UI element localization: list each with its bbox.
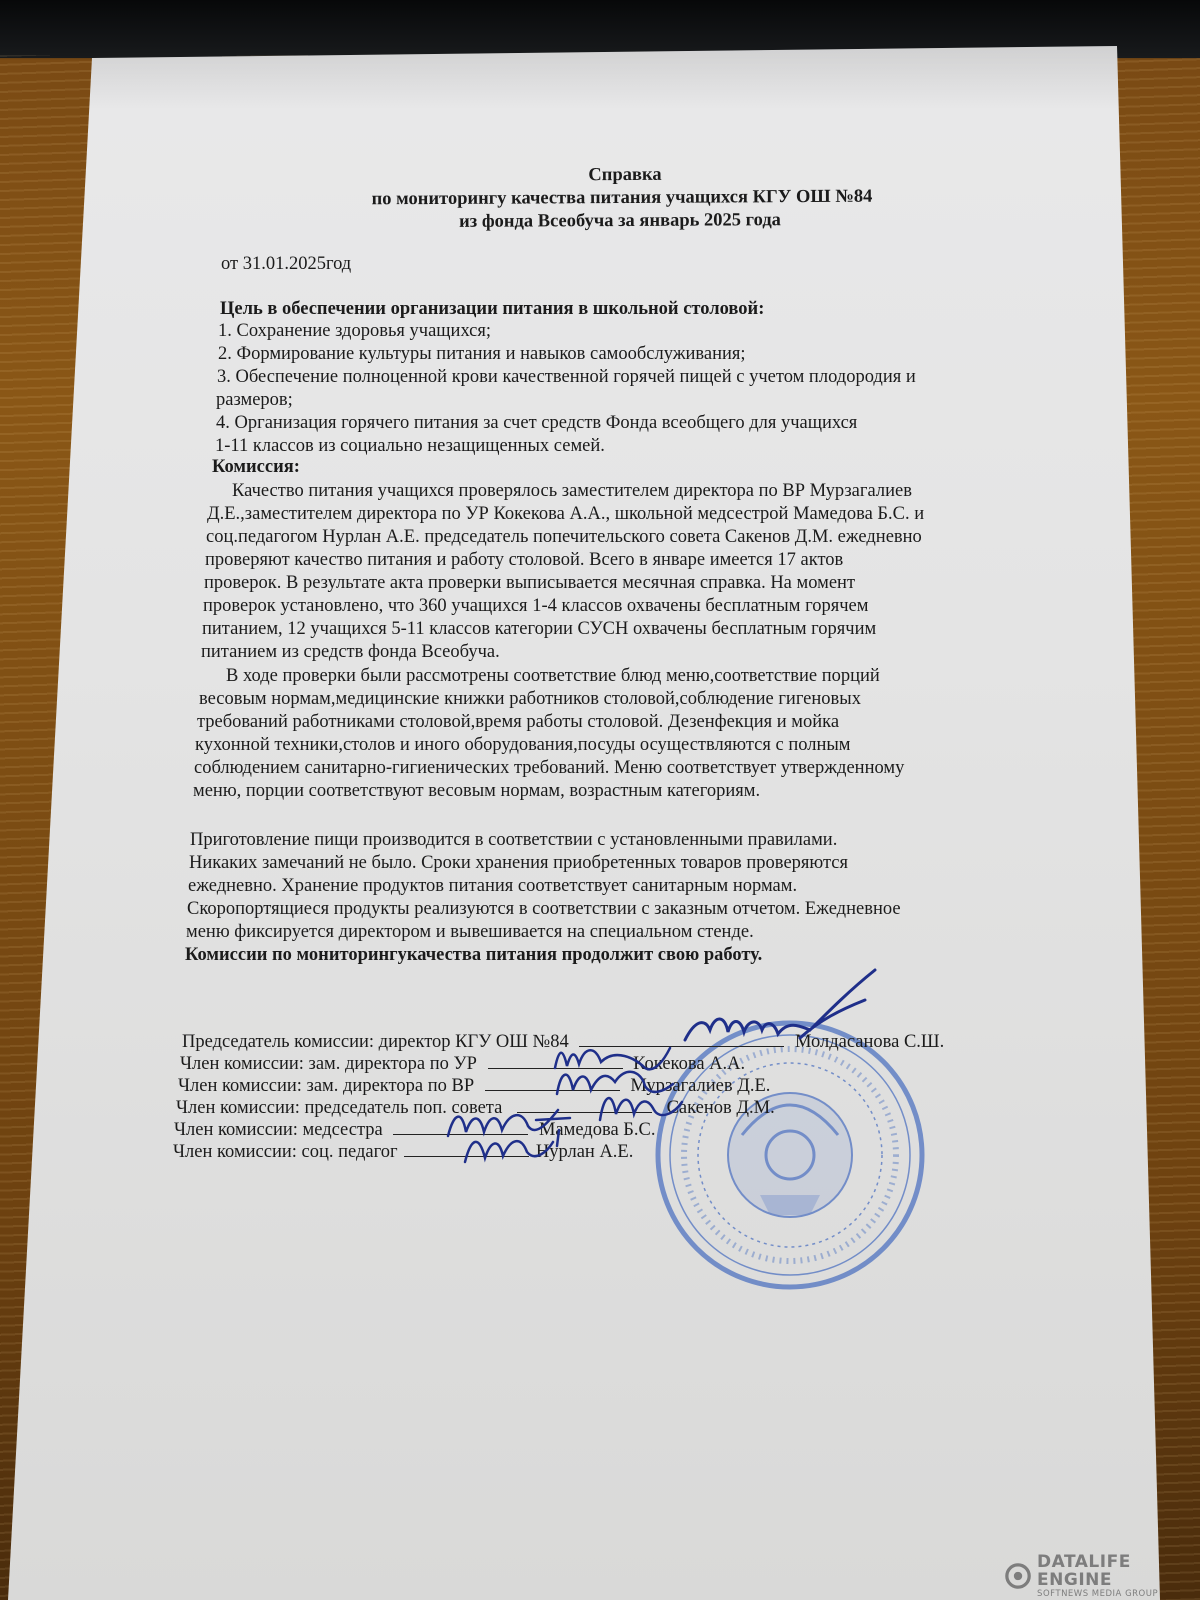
signature-role: Член комиссии: медсестра — [174, 1120, 383, 1140]
goal-item: 4. Организация горячего питания за счет … — [216, 412, 857, 434]
paragraph3-line: Скоропортящиеся продукты реализуются в с… — [187, 898, 901, 920]
paragraph3-line: ежедневно. Хранение продуктов питания со… — [188, 875, 797, 897]
goal-item: 3. Обеспечение полноценной крови качеств… — [217, 366, 916, 388]
signature-role: Член комиссии: зам. директора по УР — [180, 1054, 477, 1074]
goal-heading: Цель в обеспечении организации питания в… — [220, 298, 764, 320]
paragraph3-line: Приготовление пищи производится в соотве… — [190, 829, 837, 851]
signature-role: Член комиссии: зам. директора по ВР — [178, 1076, 474, 1096]
goal-item: размеров; — [216, 389, 293, 411]
paragraph1-line: Д.Е.,заместителем директора по УР Кокеко… — [207, 503, 924, 525]
watermark-subtitle: SOFTNEWS MEDIA GROUP — [1037, 1589, 1200, 1599]
paragraph1-line: проверяют качество питания и работу стол… — [205, 549, 843, 571]
paragraph2-line: кухонной техники,столов и иного оборудов… — [195, 734, 851, 756]
watermark: DATALIFE ENGINE SOFTNEWS MEDIA GROUP — [1005, 1553, 1200, 1599]
goal-item: 2. Формирование культуры питания и навык… — [218, 343, 746, 365]
signature-role: Председатель комиссии: директор КГУ ОШ №… — [182, 1032, 569, 1052]
document: Справка по мониторингу качества питания … — [0, 0, 1200, 1600]
paragraph2-line: В ходе проверки были рассмотрены соответ… — [226, 665, 880, 687]
document-title: Справка — [245, 162, 1005, 188]
paragraph2-line: требований работниками столовой,время ра… — [197, 711, 839, 733]
paragraph1-line: питанием, 12 учащихся 5-11 классов катег… — [202, 618, 876, 640]
document-subtitle-line1: по мониторингу качества питания учащихся… — [242, 185, 1002, 211]
paragraph1-line: соц.педагогом Нурлан А.Е. председатель п… — [206, 526, 922, 548]
paragraph3-line: Никаких замечаний не было. Сроки хранени… — [189, 852, 848, 874]
paragraph1-line: Качество питания учащихся проверялось за… — [232, 480, 912, 502]
goal-item: 1-11 классов из социально незащищенных с… — [215, 435, 605, 457]
commission-heading: Комиссия: — [212, 456, 300, 478]
handwritten-signature-icon — [670, 960, 900, 1060]
paragraph2-line: соблюдением санитарно-гигиенических треб… — [194, 757, 904, 779]
watermark-title: DATALIFE ENGINE — [1037, 1553, 1200, 1589]
paragraph1-line: проверок. В результате акта проверки вып… — [204, 572, 855, 594]
paragraph1-line: проверок установлено, что 360 учащихся 1… — [203, 595, 868, 617]
document-date: от 31.01.2025год — [221, 253, 351, 275]
paragraph1-line: питанием из средств фонда Всеобуча. — [201, 641, 500, 663]
goal-item: 1. Сохранение здоровья учащихся; — [218, 320, 491, 342]
handwritten-signature-icon — [455, 1122, 575, 1172]
datalife-logo-icon — [1005, 1562, 1031, 1590]
document-subtitle-line2: из фонда Всеобуча за январь 2025 года — [240, 208, 1000, 234]
signature-role: Член комиссии: соц. педагог — [173, 1142, 398, 1162]
handwritten-signature-icon — [590, 1080, 690, 1130]
paragraph3-line: меню фиксируется директором и вывешивает… — [186, 921, 754, 943]
paragraph2-line: меню, порции соответствуют весовым норма… — [193, 780, 760, 802]
paragraph2-line: весовым нормам,медицинские книжки работн… — [199, 688, 861, 710]
